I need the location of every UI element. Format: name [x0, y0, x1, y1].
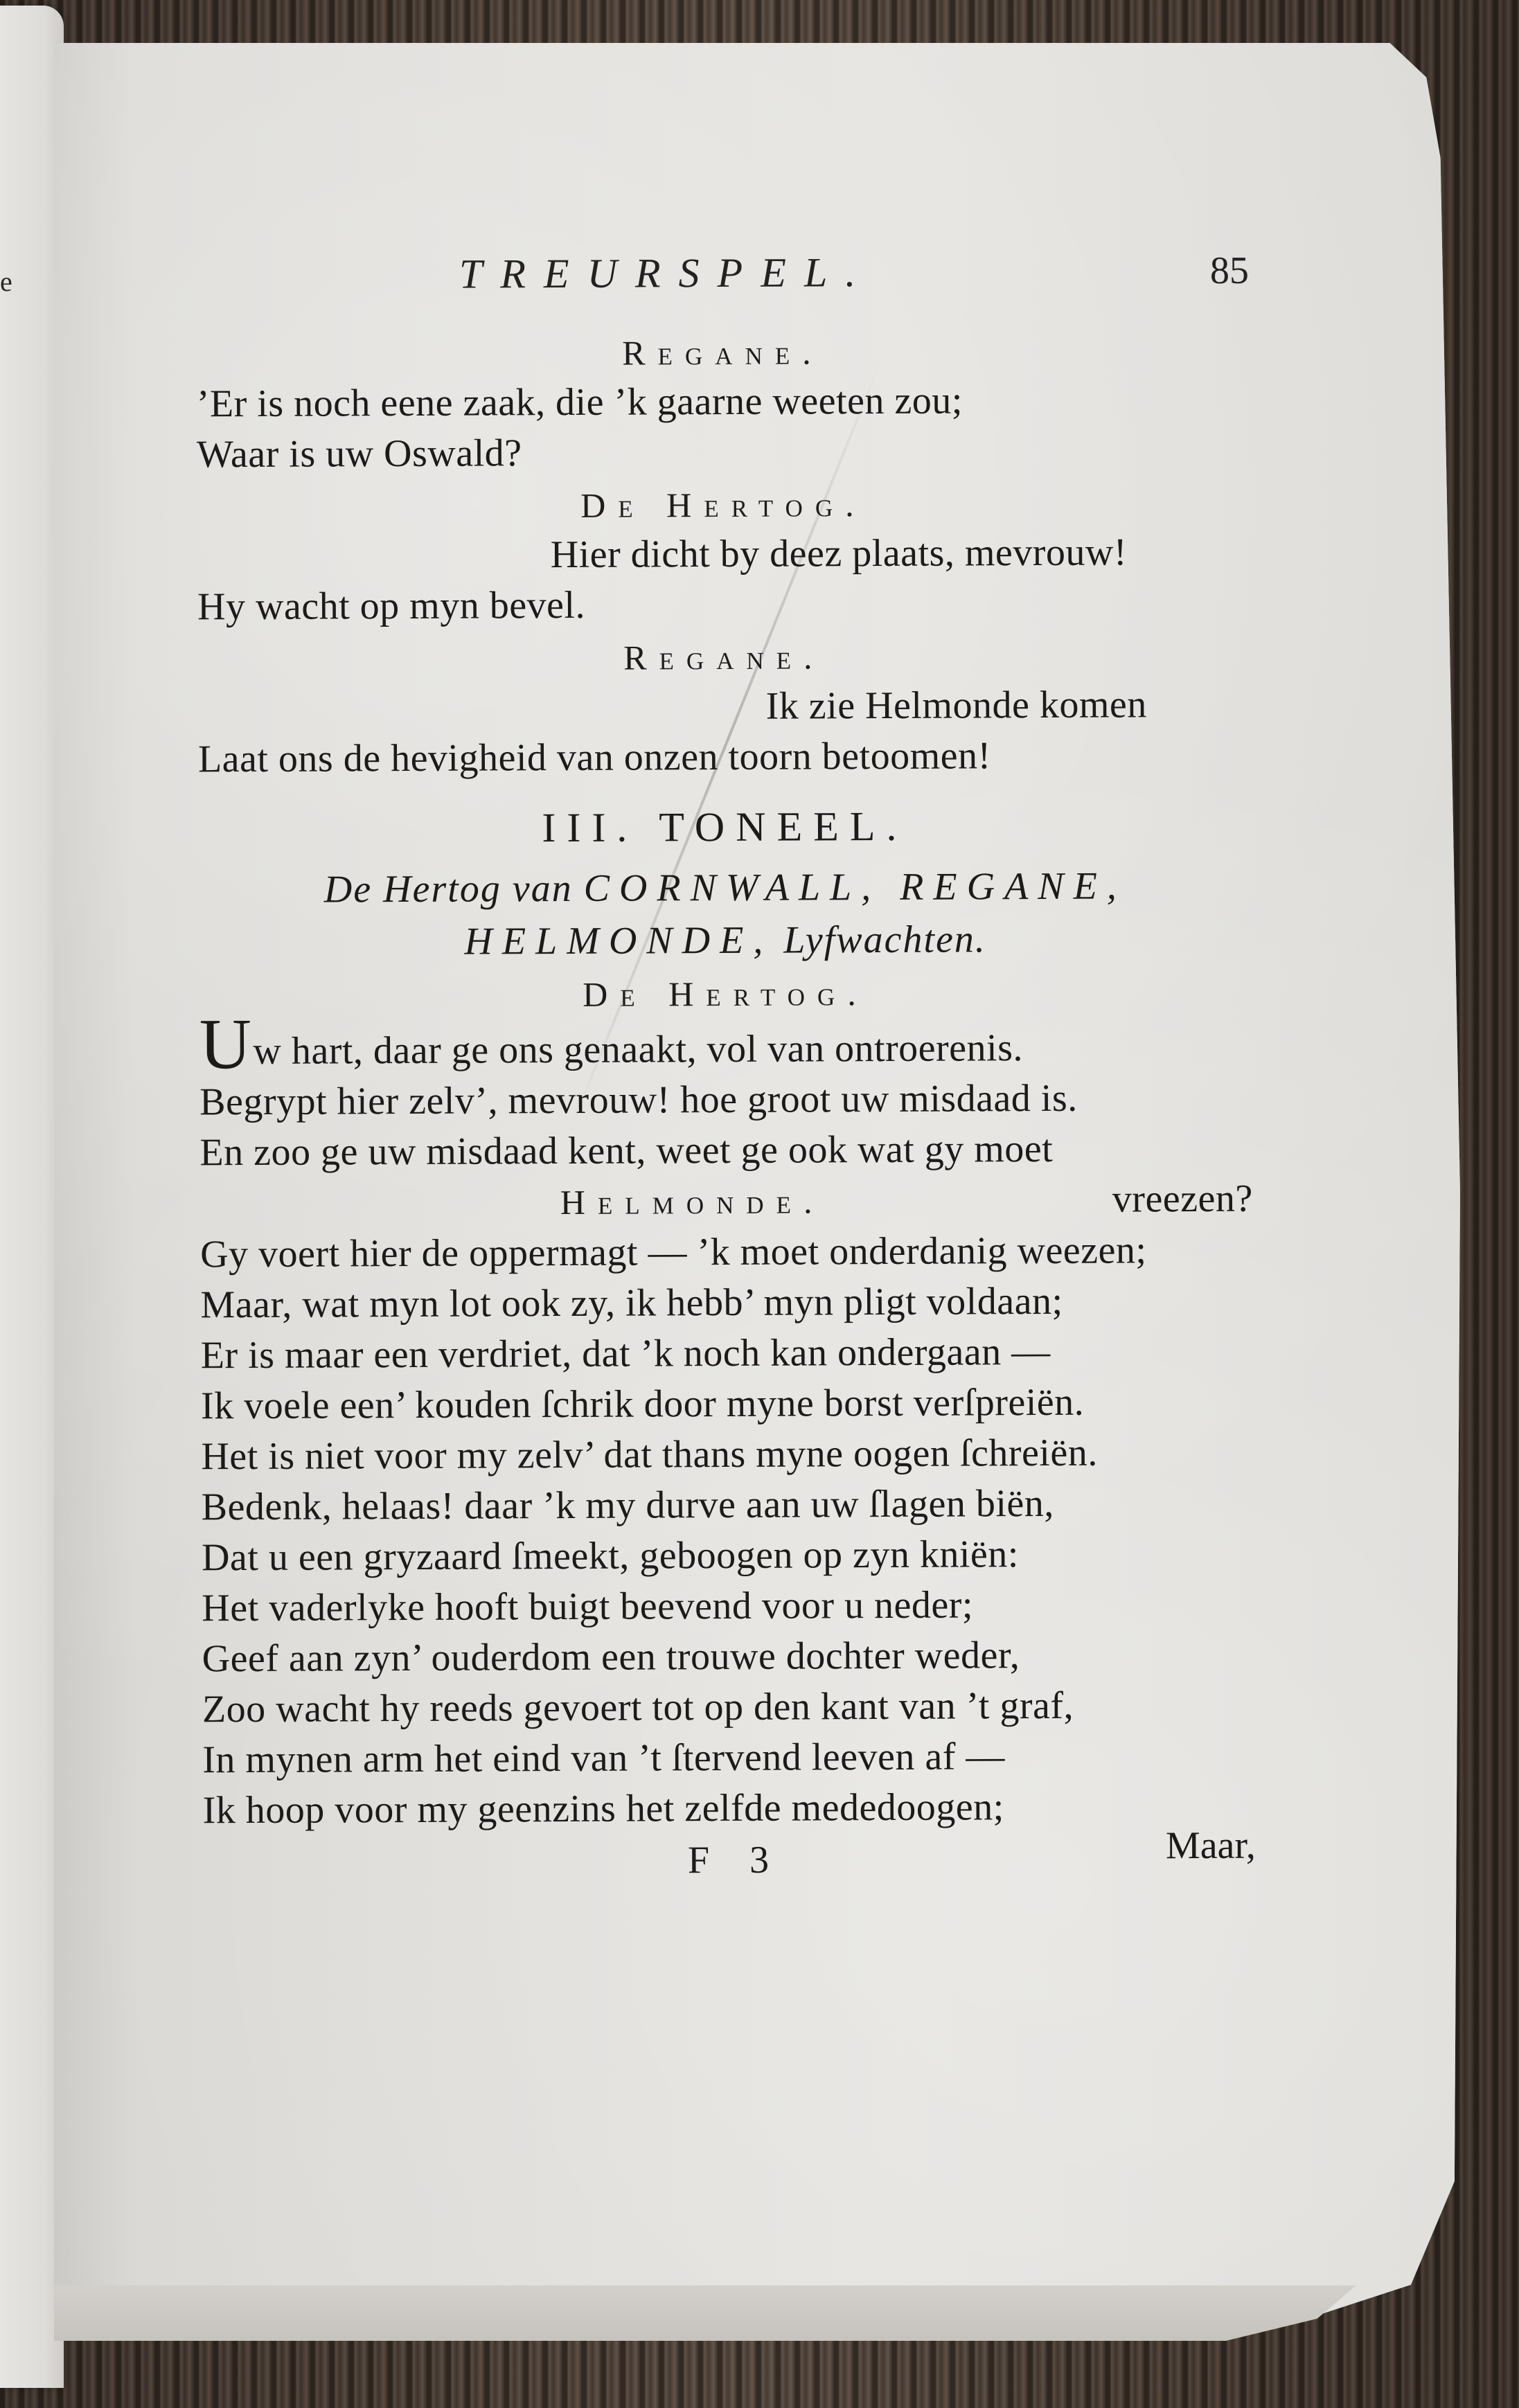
page-number: 85	[1210, 249, 1249, 293]
verse-line: Zoo wacht hy reeds gevoert tot op den ka…	[202, 1680, 1255, 1736]
page-footer: F 3 Maar,	[203, 1836, 1256, 1903]
stage-direction-caps: CORNWALL, REGANE,	[583, 864, 1126, 909]
verse-line: Begrypt hier zelv’, mevrouw! hoe groot u…	[199, 1073, 1252, 1128]
verse-line: Ik hoop voor my geenzins het zelfde mede…	[202, 1781, 1255, 1837]
verse-line: Waar is uw Oswald?	[197, 425, 1250, 481]
verse-line: Gy voert hier de oppermagt — ’k moet ond…	[200, 1225, 1253, 1281]
running-title: TREURSPEL.	[459, 249, 874, 298]
verse-line: In mynen arm het eind van ’t ſtervend le…	[202, 1731, 1255, 1786]
signature-mark: F 3	[688, 1838, 784, 1883]
verse-line-split: Helmonde. vreezen?	[200, 1174, 1253, 1230]
verse-line: Ik zie Helmonde komen	[198, 679, 1251, 735]
verse-line: Het vaderlyke hooft buigt beevend voor u…	[202, 1579, 1254, 1634]
stage-direction-italic: De Hertog van	[324, 867, 584, 911]
verse-line: Hier dicht by deez plaats, mevrouw!	[197, 527, 1250, 582]
facing-page-text-fragment: e	[0, 265, 12, 298]
speaker-heading-inline: Helmonde.	[200, 1176, 825, 1229]
verse-line: Het is niet voor my zelv’ dat thans myne…	[201, 1427, 1254, 1483]
stage-direction: HELMONDE, Lyfwachten.	[199, 912, 1252, 970]
stage-direction-italic: Lyfwachten.	[772, 918, 986, 961]
speaker-heading: De Hertog.	[199, 967, 1252, 1021]
verse-line: Bedenk, helaas! daar ’k my durve aan uw …	[202, 1478, 1254, 1533]
drop-cap: U	[199, 1004, 252, 1084]
verse-line-text: w hart, daar ge ons genaakt, vol van ont…	[253, 1026, 1023, 1073]
speaker-heading: Regane.	[197, 631, 1250, 684]
verse-line: Laat ons de hevigheid van onzen toorn be…	[198, 730, 1251, 785]
verse-line: ’Er is noch eene zaak, die ’k gaarne wee…	[197, 375, 1250, 430]
speaker-heading: De Hertog.	[197, 479, 1250, 532]
verse-line: Uw hart, daar ge ons genaakt, vol van on…	[199, 1016, 1252, 1078]
verse-line: Hy wacht op myn bevel.	[197, 578, 1250, 633]
running-head: TREURSPEL. 85	[196, 247, 1249, 328]
verse-line: Ik voele een’ kouden ſchrik door myne bo…	[201, 1377, 1254, 1432]
verse-line: Dat u een gryzaard ſmeekt, geboogen op z…	[202, 1528, 1254, 1584]
verse-line: Er is maar een verdriet, dat ’k noch kan…	[201, 1326, 1254, 1382]
speaker-heading: Regane.	[196, 326, 1249, 380]
verse-continuation: vreezen?	[1112, 1174, 1253, 1225]
verse-line: Geef aan zyn’ ouderdom een trouwe dochte…	[202, 1630, 1255, 1685]
page-stack-edges	[54, 2285, 1356, 2341]
verse-line: En zoo ge uw misdaad kent, weet ge ook w…	[199, 1123, 1252, 1179]
stage-direction: De Hertog van CORNWALL, REGANE,	[199, 859, 1252, 917]
scene-title: III. TONEEL.	[198, 797, 1251, 857]
verse-line: Maar, wat myn lot ook zy, ik hebb’ myn p…	[200, 1276, 1253, 1331]
stage-direction-caps: HELMONDE,	[464, 919, 772, 963]
catchword: Maar,	[1166, 1823, 1256, 1869]
page-text: TREURSPEL. 85 Regane. ’Er is noch eene z…	[196, 247, 1256, 1903]
